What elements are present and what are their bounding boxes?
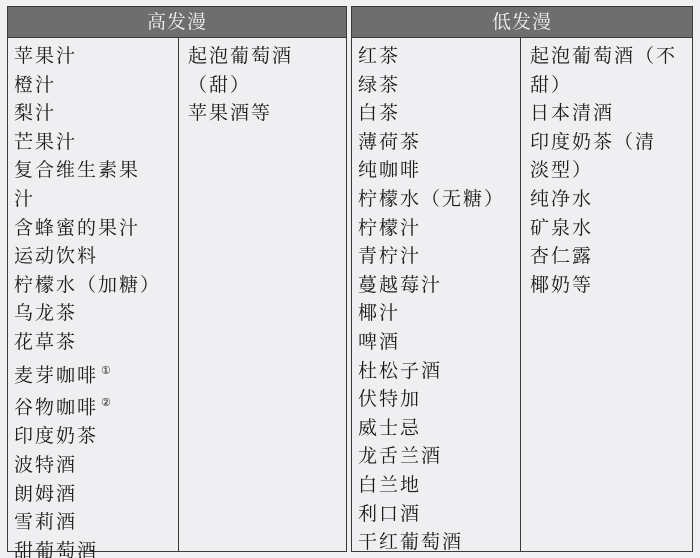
list-item-text: 苹果汁 <box>14 45 77 67</box>
list-item-text: 柠檬水（无糖） <box>358 188 505 210</box>
list-item: 伏特加 <box>358 385 520 414</box>
list-item-text: 啤酒 <box>358 331 400 353</box>
list-item-text: 白茶 <box>358 102 400 124</box>
list-item: 含蜂蜜的果汁 <box>14 214 178 243</box>
list-item-text: 椰汁 <box>358 302 400 324</box>
list-item: 杜松子酒 <box>358 357 520 386</box>
list-item-text: 矿泉水 <box>530 217 593 239</box>
list-item-text: 柠檬水（加糖） <box>14 274 161 296</box>
list-item: 绿茶 <box>358 71 520 100</box>
list-item-text: 运动饮料 <box>14 245 98 267</box>
list-item: 甜） <box>530 71 692 100</box>
list-item-text: 绿茶 <box>358 74 400 96</box>
list-item: 梨汁 <box>14 99 178 128</box>
list-item: 谷物咖啡② <box>14 389 178 422</box>
list-item-text: 青柠汁 <box>358 245 421 267</box>
list-item: 橙汁 <box>14 71 178 100</box>
list-item-text: 印度奶茶 <box>14 425 98 447</box>
list-item: 起泡葡萄酒 <box>188 42 346 71</box>
list-item-text: 麦芽咖啡 <box>14 364 98 386</box>
list-item-text: 纯净水 <box>530 188 593 210</box>
list-item-text: 雪莉酒 <box>14 511 77 533</box>
list-item-text: 杜松子酒 <box>358 360 442 382</box>
list-item: 淡型） <box>530 156 692 185</box>
list-item-text: 干红葡萄酒 <box>358 531 463 553</box>
list-item: 红茶 <box>358 42 520 71</box>
list-item-text: 波特酒 <box>14 454 77 476</box>
list-item-text: 杏仁露 <box>530 245 593 267</box>
high-fodmap-column-2: 起泡葡萄酒（甜）苹果酒等 <box>178 38 346 551</box>
list-item: 龙舌兰酒 <box>358 442 520 471</box>
list-item: 威士忌 <box>358 414 520 443</box>
list-item-text: 椰奶等 <box>530 274 593 296</box>
low-fodmap-header: 低发漫 <box>352 7 692 38</box>
list-item-text: 汁 <box>14 188 35 210</box>
list-item: 纯咖啡 <box>358 156 520 185</box>
list-item-text: 甜葡萄酒 <box>14 540 98 558</box>
list-item-text: （甜） <box>188 74 251 96</box>
list-item: 杏仁露 <box>530 242 692 271</box>
list-item: 白茶 <box>358 99 520 128</box>
list-item: 汁 <box>14 185 178 214</box>
list-item-text: 谷物咖啡 <box>14 397 98 419</box>
low-fodmap-column-2: 起泡葡萄酒（不甜）日本清酒印度奶茶（清淡型）纯净水矿泉水杏仁露椰奶等 <box>520 38 692 551</box>
list-item: 矿泉水 <box>530 214 692 243</box>
list-item: 日本清酒 <box>530 99 692 128</box>
footnote-marker: ② <box>101 396 111 409</box>
list-item-text: 花草茶 <box>14 331 77 353</box>
list-item-text: 苹果酒等 <box>188 102 272 124</box>
list-item-text: 芒果汁 <box>14 131 77 153</box>
list-item: 麦芽咖啡① <box>14 357 178 390</box>
list-item: 复合维生素果 <box>14 156 178 185</box>
list-item: 蔓越莓汁 <box>358 271 520 300</box>
list-item: 波特酒 <box>14 451 178 480</box>
list-item-text: 起泡葡萄酒 <box>188 45 293 67</box>
list-item: 椰汁 <box>358 299 520 328</box>
list-item: 柠檬水（无糖） <box>358 185 520 214</box>
list-item: 利口酒 <box>358 500 520 529</box>
footnote-marker: ① <box>101 364 111 377</box>
list-item-text: 淡型） <box>530 159 593 181</box>
list-item: （甜） <box>188 71 346 100</box>
high-fodmap-column-1: 苹果汁橙汁梨汁芒果汁复合维生素果汁含蜂蜜的果汁运动饮料柠檬水（加糖）乌龙茶花草茶… <box>8 38 178 551</box>
list-item: 印度奶茶 <box>14 422 178 451</box>
list-item-text: 白兰地 <box>358 474 421 496</box>
list-item-text: 含蜂蜜的果汁 <box>14 217 140 239</box>
high-fodmap-panel: 高发漫 苹果汁橙汁梨汁芒果汁复合维生素果汁含蜂蜜的果汁运动饮料柠檬水（加糖）乌龙… <box>7 6 347 552</box>
list-item: 印度奶茶（清 <box>530 128 692 157</box>
list-item: 薄荷茶 <box>358 128 520 157</box>
list-item-text: 红茶 <box>358 45 400 67</box>
list-item: 柠檬汁 <box>358 214 520 243</box>
list-item-text: 利口酒 <box>358 503 421 525</box>
list-item-text: 甜） <box>530 74 572 96</box>
list-item-text: 复合维生素果 <box>14 159 140 181</box>
list-item-text: 橙汁 <box>14 74 56 96</box>
list-item-text: 纯咖啡 <box>358 159 421 181</box>
list-item: 白兰地 <box>358 471 520 500</box>
list-item: 纯净水 <box>530 185 692 214</box>
list-item-text: 乌龙茶 <box>14 302 77 324</box>
list-item-text: 日本清酒 <box>530 102 614 124</box>
list-item-text: 薄荷茶 <box>358 131 421 153</box>
list-item: 运动饮料 <box>14 242 178 271</box>
list-item-text: 伏特加 <box>358 388 421 410</box>
list-item: 甜葡萄酒 <box>14 537 178 558</box>
list-item-text: 龙舌兰酒 <box>358 445 442 467</box>
list-item-text: 朗姆酒 <box>14 483 77 505</box>
list-item: 起泡葡萄酒（不 <box>530 42 692 71</box>
list-item: 乌龙茶 <box>14 299 178 328</box>
list-item-text: 威士忌 <box>358 417 421 439</box>
list-item-text: 蔓越莓汁 <box>358 274 442 296</box>
list-item: 花草茶 <box>14 328 178 357</box>
high-fodmap-header: 高发漫 <box>8 7 346 38</box>
list-item: 啤酒 <box>358 328 520 357</box>
list-item-text: 柠檬汁 <box>358 217 421 239</box>
list-item: 雪莉酒 <box>14 508 178 537</box>
list-item: 苹果酒等 <box>188 99 346 128</box>
list-item: 朗姆酒 <box>14 480 178 509</box>
list-item: 苹果汁 <box>14 42 178 71</box>
list-item: 干红葡萄酒 <box>358 528 520 557</box>
list-item-text: 梨汁 <box>14 102 56 124</box>
list-item-text: 印度奶茶（清 <box>530 131 656 153</box>
list-item: 芒果汁 <box>14 128 178 157</box>
low-fodmap-panel: 低发漫 红茶绿茶白茶薄荷茶纯咖啡柠檬水（无糖）柠檬汁青柠汁蔓越莓汁椰汁啤酒杜松子… <box>351 6 693 552</box>
low-fodmap-column-1: 红茶绿茶白茶薄荷茶纯咖啡柠檬水（无糖）柠檬汁青柠汁蔓越莓汁椰汁啤酒杜松子酒伏特加… <box>352 38 520 551</box>
list-item: 柠檬水（加糖） <box>14 271 178 300</box>
list-item: 椰奶等 <box>530 271 692 300</box>
list-item: 青柠汁 <box>358 242 520 271</box>
list-item-text: 起泡葡萄酒（不 <box>530 45 677 67</box>
